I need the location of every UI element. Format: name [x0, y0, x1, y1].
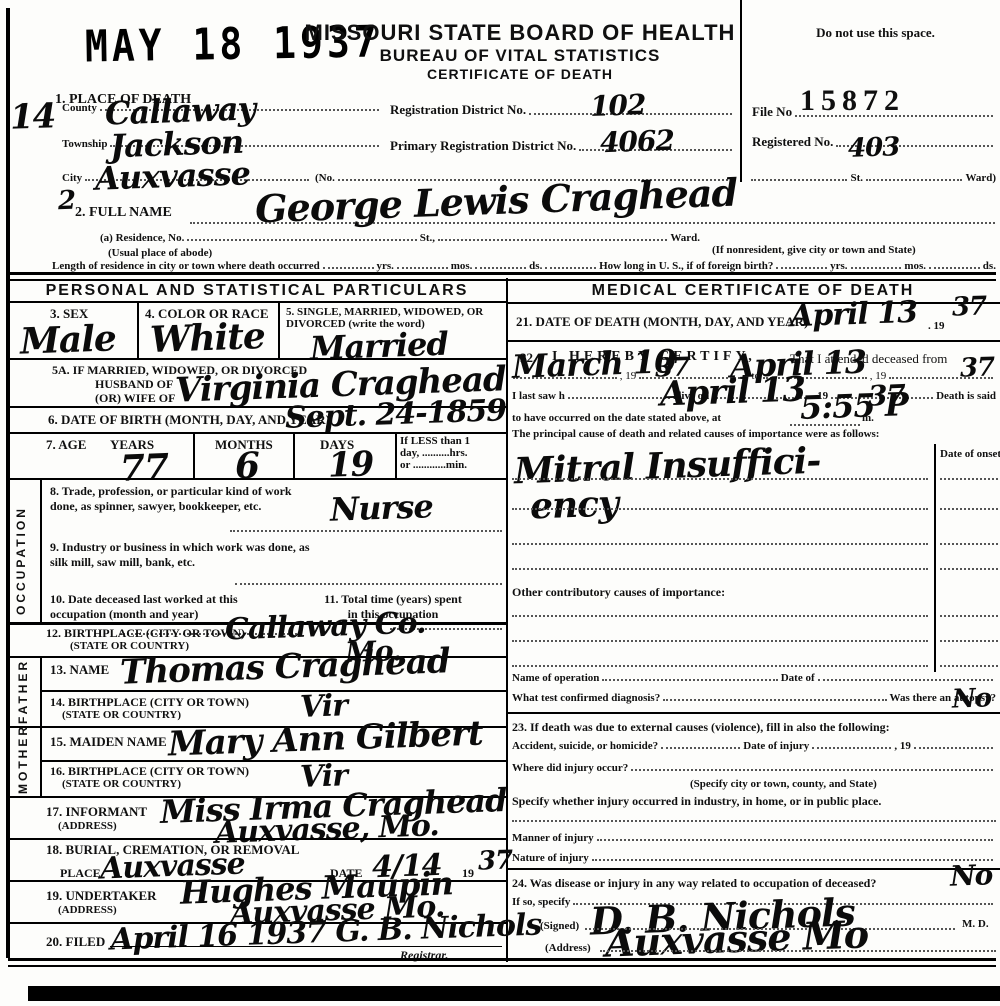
cell-divider — [193, 432, 195, 478]
length-blank2 — [397, 267, 448, 269]
undertaker-label: 19. UNDERTAKER — [46, 888, 157, 904]
other-contributory-label: Other contributory causes of importance: — [512, 585, 725, 600]
form-header: MISSOURI STATE BOARD OF HEALTH BUREAU OF… — [300, 20, 740, 82]
primary-district-value: 4062 — [600, 127, 675, 158]
autopsy-row: What test confirmed diagnosis? Was there… — [512, 692, 996, 704]
undertaker-address-label: (ADDRESS) — [58, 904, 117, 916]
if-less-line3: or ............min. — [400, 459, 467, 471]
primary-district-label: Primary Registration District No. — [390, 138, 576, 154]
operation-label: Name of operation — [512, 672, 599, 684]
autopsy-value: No — [952, 685, 992, 712]
margin-mark-14: 14 — [9, 99, 55, 135]
accident-blank — [661, 747, 740, 749]
if-less-label: If LESS than 1 day, ..........hrs. or ..… — [400, 435, 502, 471]
injury-date-blank — [812, 747, 891, 749]
cause-of-death-line2: ency — [529, 485, 618, 524]
primary-district-row: Primary Registration District No. — [390, 138, 735, 154]
nature-blank — [592, 859, 993, 861]
operation-date-blank — [818, 679, 993, 681]
certificate-subtitle: CERTIFICATE OF DEATH — [300, 66, 740, 82]
sex-value: Male — [19, 320, 116, 359]
nature-row: Nature of injury — [512, 852, 996, 864]
registration-district-label: Registration District No. — [390, 102, 526, 118]
test-label: What test confirmed diagnosis? — [512, 692, 660, 704]
bureau-subtitle: BUREAU OF VITAL STATISTICS — [300, 46, 740, 66]
township-label: Township — [62, 138, 107, 150]
address-label: (Address) — [545, 942, 591, 954]
residence-row: (a) Residence, No. St., Ward. — [100, 232, 700, 244]
medical-section-title: MEDICAL CERTIFICATE OF DEATH — [506, 282, 1000, 300]
rule — [8, 432, 506, 434]
attended-from-value: March 10 — [511, 345, 675, 383]
howlong-yrs: yrs. — [830, 260, 847, 272]
onset-column-divider — [934, 444, 936, 672]
attended-to-year-value: 37 — [960, 354, 995, 381]
contributory-blank-line — [512, 640, 928, 642]
age-years-value: 77 — [119, 449, 168, 487]
cause-of-death-line1: Mitral Insuffici- — [513, 443, 820, 490]
age-label: 7. AGE — [46, 437, 86, 453]
where-injury-row: Where did injury occur? — [512, 762, 996, 774]
address-value: Auxvasse Mo — [604, 915, 868, 962]
file-no-label: File No — [752, 104, 792, 120]
registration-district-row: Registration District No. — [390, 102, 735, 118]
howlong-blank2 — [851, 267, 902, 269]
mother-name-label: 15. MAIDEN NAME — [50, 734, 167, 750]
residence-no-blank — [187, 239, 416, 241]
do-not-use-note: Do not use this space. — [768, 25, 983, 41]
length-blank3 — [475, 267, 526, 269]
manner-label: Manner of injury — [512, 832, 594, 844]
length-label: Length of residence in city or town wher… — [52, 260, 320, 272]
residence-st-label: St., — [420, 232, 435, 244]
registered-no-label: Registered No. — [752, 134, 833, 150]
st-blank — [751, 179, 847, 181]
howlong-blank3 — [929, 267, 980, 269]
length-ds: ds. — [529, 260, 542, 272]
father-name-value: Thomas Craghead — [120, 644, 451, 689]
rule — [8, 301, 506, 303]
rule — [506, 340, 1000, 342]
st-label: St. — [850, 172, 863, 184]
length-mos: mos. — [451, 260, 473, 272]
occurred-text: to have occurred on the date stated abov… — [512, 412, 721, 424]
scan-left-edge-line — [6, 8, 10, 958]
informant-address-label: (ADDRESS) — [58, 820, 117, 832]
onset-blank-line — [940, 478, 998, 480]
contributory-blank-line — [512, 665, 928, 667]
howlong-blank1 — [776, 267, 827, 269]
howlong-ds: ds. — [983, 260, 996, 272]
rule — [8, 358, 506, 360]
onset-blank-line — [940, 543, 998, 545]
occupation-divider — [40, 478, 42, 622]
industry-label: 9. Industry or business in which work wa… — [50, 540, 315, 570]
race-value: White — [149, 318, 265, 358]
cell-divider — [278, 301, 280, 358]
md-label: M. D. — [962, 918, 989, 930]
bottom-double-rule — [8, 958, 996, 967]
full-name-label: 2. FULL NAME — [75, 205, 172, 221]
death-certificate-scan: MAY 18 1937 MISSOURI STATE BOARD OF HEAL… — [0, 0, 1000, 1006]
onset-blank-line — [940, 665, 998, 667]
nature-label: Nature of injury — [512, 852, 589, 864]
filed-value: April 16 1937 G. B. Nichols — [110, 910, 542, 955]
onset-blank-line — [940, 640, 998, 642]
address-blank — [600, 950, 996, 952]
informant-label: 17. INFORMANT — [46, 804, 147, 820]
ward-blank — [866, 179, 962, 181]
burial-year-printed: 19 — [462, 866, 474, 881]
section-divider-rule — [8, 272, 996, 281]
where-injury-blank — [631, 769, 993, 771]
injury-date-label: Date of injury — [743, 740, 809, 752]
father-birthplace-label: 14. BIRTHPLACE (CITY OR TOWN) — [50, 695, 249, 710]
st-ward-row: St. Ward) — [748, 172, 996, 184]
scan-bottom-bar — [28, 986, 1000, 1001]
test-blank — [663, 699, 886, 701]
rule — [8, 478, 506, 480]
operation-row: Name of operation Date of — [512, 672, 996, 684]
industry-blank — [235, 583, 502, 585]
nonresident-note: (If nonresident, give city or town and S… — [712, 244, 916, 256]
county-label: County — [62, 102, 97, 114]
how-long-label: How long in U. S., if of foreign birth? — [599, 260, 773, 272]
cause-blank-line — [512, 478, 928, 480]
principal-cause-text: The principal cause of death and related… — [512, 428, 879, 440]
occurred-time-value: 5:55 P — [799, 388, 908, 424]
file-no-row: File No — [752, 104, 996, 120]
related-occupation-label: 24. Was disease or injury in any way rel… — [512, 876, 876, 891]
abode-note: (Usual place of abode) — [108, 247, 212, 259]
injury-blank-line — [512, 820, 996, 822]
father-birthplace-sublabel: (STATE OR COUNTRY) — [62, 709, 181, 721]
trade-blank — [230, 530, 502, 532]
file-no-blank — [795, 115, 993, 117]
city-value: Auxvasse — [94, 157, 250, 194]
occurred-time-blank — [790, 424, 860, 426]
city-label: City — [62, 172, 82, 184]
occurred-m-label: m. — [862, 412, 874, 424]
signed-label: (Signed) — [540, 920, 579, 932]
dob-value: Sept. 24-1859 — [285, 396, 507, 434]
registration-district-value: 102 — [590, 91, 646, 121]
rule — [506, 302, 1000, 304]
dod-year-value: 37 — [952, 293, 987, 320]
onset-blank-line — [940, 615, 998, 617]
burial-place-label: PLACE — [60, 866, 101, 881]
length-of-residence-row: Length of residence in city or town wher… — [52, 260, 996, 272]
specify-city-note: (Specify city or town, county, and State… — [690, 778, 877, 790]
length-blank1 — [323, 267, 374, 269]
date-of-death-value: April 13 — [790, 298, 918, 332]
specify-place-note: Specify whether injury occurred in indus… — [512, 794, 881, 809]
dod-year-printed: . 19 — [928, 320, 945, 332]
residence-label: (a) Residence, No. — [100, 232, 184, 244]
manner-row: Manner of injury — [512, 832, 996, 844]
city-no-label: (No. — [315, 172, 335, 184]
last-saw-label1: I last saw h — [512, 390, 565, 402]
if-less-line1: If LESS than 1 — [400, 435, 470, 447]
occupation-side-label: OCCUPATION — [14, 490, 28, 615]
burial-year-value: 37 — [478, 847, 513, 874]
death-said-text: Death is said — [936, 390, 996, 402]
rule — [506, 712, 1000, 714]
header-divider-line — [740, 0, 742, 182]
accident-label: Accident, suicide, or homicide? — [512, 740, 658, 752]
contributory-blank-line — [512, 615, 928, 617]
spouse-label-line2: HUSBAND OF — [95, 377, 173, 392]
cell-divider — [137, 301, 139, 358]
rule — [8, 838, 506, 840]
accident-row: Accident, suicide, or homicide? Date of … — [512, 740, 996, 752]
onset-column-header: Date of onset — [940, 448, 1000, 460]
onset-blank-line — [940, 568, 998, 570]
if-less-line2: day, ..........hrs. — [400, 447, 468, 459]
operation-blank — [602, 679, 777, 681]
father-name-label: 13. NAME — [50, 662, 109, 678]
length-blank4 — [545, 267, 596, 269]
last-saw-blank1 — [568, 397, 670, 399]
registered-no-value: 403 — [848, 134, 900, 162]
external-causes-label: 23. If death was due to external causes … — [512, 720, 890, 735]
date-of-death-label: 21. DATE OF DEATH (MONTH, DAY, AND YEAR) — [516, 314, 808, 330]
trade-label: 8. Trade, profession, or particular kind… — [50, 484, 315, 514]
ward-label: Ward) — [965, 172, 996, 184]
last-saw-date-value: April 13 — [659, 372, 805, 411]
mother-side-label: MOTHER — [16, 730, 30, 794]
cause-blank-line — [512, 543, 928, 545]
manner-blank — [597, 839, 993, 841]
cell-divider — [395, 432, 397, 478]
margin-mark-2: 2 — [58, 188, 76, 215]
personal-section-title: PERSONAL AND STATISTICAL PARTICULARS — [8, 282, 506, 300]
cause-blank-line — [512, 508, 928, 510]
residence-ward-label: Ward. — [670, 232, 700, 244]
filed-label: 20. FILED — [46, 934, 105, 950]
rule — [40, 760, 506, 762]
mother-birthplace-label: 16. BIRTHPLACE (CITY OR TOWN) — [50, 764, 249, 779]
spouse-label-line3: (OR) WIFE OF — [95, 391, 175, 406]
where-injury-label: Where did injury occur? — [512, 762, 628, 774]
father-side-label: FATHER — [16, 660, 30, 724]
cell-divider — [293, 432, 295, 478]
mother-name-value: Mary Ann Gilbert — [168, 717, 484, 762]
operation-date-label: Date of — [781, 672, 815, 684]
injury-year-blank — [914, 747, 993, 749]
board-title: MISSOURI STATE BOARD OF HEALTH — [300, 20, 740, 46]
rule — [506, 868, 1000, 870]
birthplace-label: 12. BIRTHPLACE (CITY OR TOWN) — [46, 626, 245, 641]
onset-blank-line — [940, 508, 998, 510]
cause-blank-line — [512, 568, 928, 570]
howlong-mos: mos. — [904, 260, 926, 272]
marital-label-line1: 5. SINGLE, MARRIED, WIDOWED, OR — [286, 306, 483, 318]
if-so-label: If so, specify — [512, 896, 570, 908]
trade-value: Nurse — [329, 490, 433, 526]
residence-st-blank — [438, 239, 667, 241]
related-occupation-value: No — [950, 861, 993, 890]
mother-birthplace-sublabel: (STATE OR COUNTRY) — [62, 778, 181, 790]
filed-signature-line — [110, 946, 502, 947]
length-yrs: yrs. — [377, 260, 394, 272]
rule — [40, 690, 506, 692]
injury-year-printed: , 19 — [894, 740, 911, 752]
